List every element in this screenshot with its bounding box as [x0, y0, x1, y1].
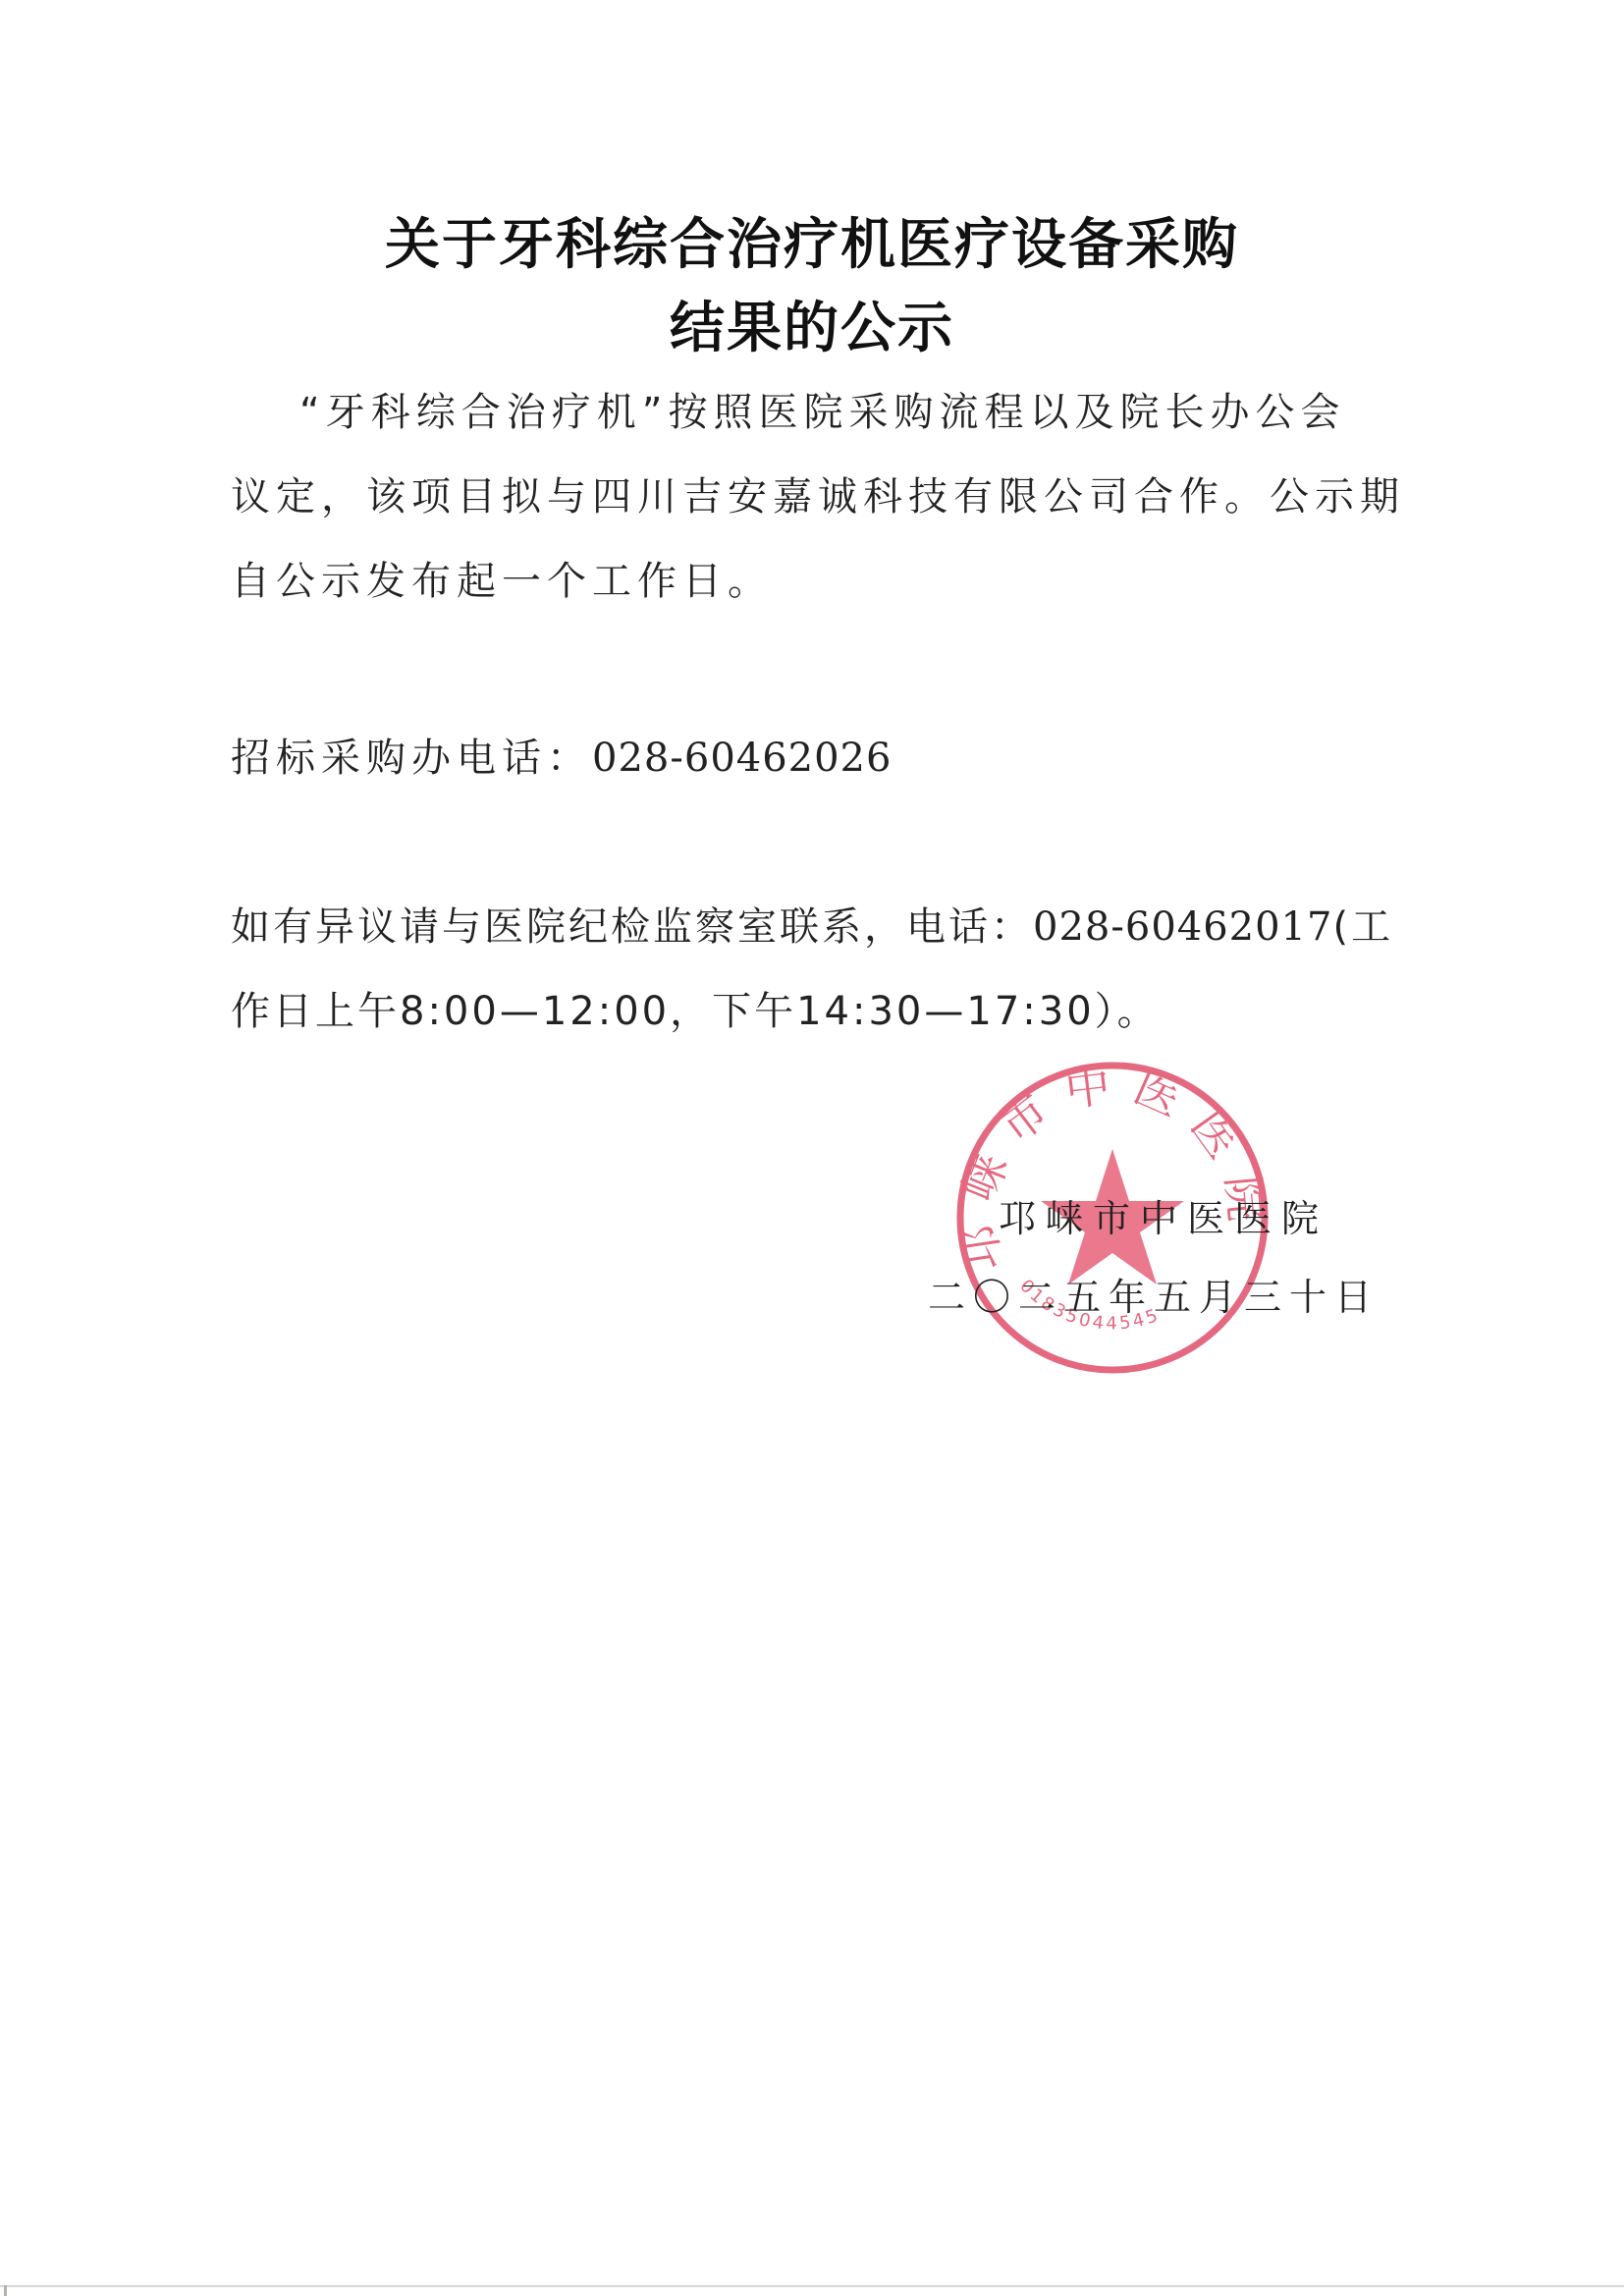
- objection-line-2: 作日上午8:00—12:00，下午14:30—17:30）。: [231, 980, 1160, 1036]
- paragraph-1-line-1: “牙科综合治疗机”按照医院采购流程以及院长办公会: [299, 381, 1345, 437]
- signature-organization: 邛崃市中医医院: [999, 1188, 1328, 1242]
- document-title-line-1: 关于牙科综合治疗机医疗设备采购: [0, 201, 1624, 280]
- objection-text: 如有异议请与医院纪检监察室联系，电话：: [231, 904, 1033, 950]
- tender-phone-number: 028-60462026: [592, 736, 892, 781]
- document-title-line-2: 结果的公示: [0, 285, 1624, 363]
- paragraph-1-line-3: 自公示发布起一个工作日。: [231, 550, 773, 606]
- tender-office-contact: 招标采购办电话：028-60462026: [231, 727, 892, 783]
- objection-line-1-tail: (工: [1332, 904, 1393, 950]
- objection-line-1: 如有异议请与医院纪检监察室联系，电话：028-60462017(工: [231, 896, 1393, 952]
- paragraph-1-line-2: 议定，该项目拟与四川吉安嘉诚科技有限公司合作。公示期: [231, 465, 1405, 521]
- scan-edge-mark: [4, 2285, 7, 2296]
- scan-edge-line: [0, 2285, 1624, 2287]
- document-page: 关于牙科综合治疗机医疗设备采购 结果的公示 “牙科综合治疗机”按照医院采购流程以…: [0, 0, 1624, 2296]
- signature-date: 二〇二五年五月三十日: [928, 1267, 1380, 1321]
- tender-phone-label: 招标采购办电话：: [231, 736, 592, 781]
- objection-phone-number: 028-60462017: [1033, 904, 1332, 950]
